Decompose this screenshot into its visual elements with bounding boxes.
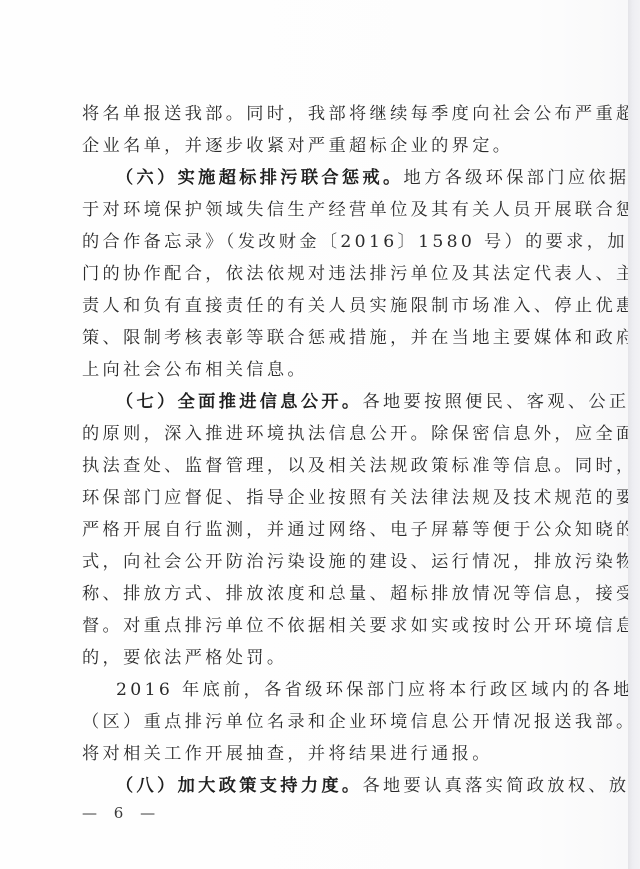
text-line: 于对环境保护领域失信生产经营单位及其有关人员开展联合惩戒 — [82, 194, 558, 226]
section-seven-line: （七）全面推进信息公开。各地要按照便民、客观、公正、全面 — [82, 386, 558, 418]
text-line: 称、排放方式、排放浓度和总量、超标排放情况等信息，接受社会监 — [82, 578, 558, 610]
text-line: 督。对重点排污单位不依据相关要求如实或按时公开环境信息 — [82, 610, 558, 642]
page-edge-shadow — [628, 0, 640, 869]
document-body: 将名单报送我部。同时，我部将继续每季度向社会公布严重超标 企业名单，并逐步收紧对… — [82, 98, 558, 802]
text-line: 严格开展自行监测，并通过网络、电子屏幕等便于公众知晓的方 — [82, 514, 558, 546]
text-line: 上向社会公布相关信息。 — [82, 354, 558, 386]
text-line: （区）重点排污单位名录和企业环境信息公开情况报送我部。我部 — [82, 706, 558, 738]
page-number: — 6 — — [82, 801, 161, 825]
section-eight-line: （八）加大政策支持力度。各地要认真落实简政放权、放管 — [82, 770, 558, 802]
section-heading-six: （六）实施超标排污联合惩戒。 — [116, 168, 404, 188]
text-line: 的，要依法严格处罚。 — [82, 642, 558, 674]
section-heading-seven: （七）全面推进信息公开。 — [116, 392, 362, 412]
text-line: 策、限制考核表彰等联合惩戒措施，并在当地主要媒体和政府网站 — [82, 322, 558, 354]
text-line: 的合作备忘录》（发改财金〔2016〕1580 号）的要求，加强与相关部 — [82, 226, 558, 258]
text-line: 责人和负有直接责任的有关人员实施限制市场准入、停止优惠政 — [82, 290, 558, 322]
section-six-line: （六）实施超标排污联合惩戒。地方各级环保部门应依据《关 — [82, 162, 558, 194]
text-line: 将对相关工作开展抽查，并将结果进行通报。 — [82, 738, 558, 770]
text-line: 将名单报送我部。同时，我部将继续每季度向社会公布严重超标 — [82, 98, 558, 130]
text-line: 式，向社会公开防治污染设施的建设、运行情况，排放污染物的名 — [82, 546, 558, 578]
text-line: 的原则，深入推进环境执法信息公开。除保密信息外，应全面公开 — [82, 418, 558, 450]
text-line: 企业名单，并逐步收紧对严重超标企业的界定。 — [82, 130, 558, 162]
text-line: 环保部门应督促、指导企业按照有关法律法规及技术规范的要求 — [82, 482, 558, 514]
text-line: 门的协作配合，依法依规对违法排污单位及其法定代表人、主要负 — [82, 258, 558, 290]
document-page: 将名单报送我部。同时，我部将继续每季度向社会公布严重超标 企业名单，并逐步收紧对… — [0, 0, 628, 869]
section-heading-eight: （八）加大政策支持力度。 — [116, 776, 362, 796]
text-line: 2016 年底前，各省级环保部门应将本行政区域内的各地级市 — [82, 674, 558, 706]
text-line: 执法查处、监督管理，以及相关法规政策标准等信息。同时，各级 — [82, 450, 558, 482]
